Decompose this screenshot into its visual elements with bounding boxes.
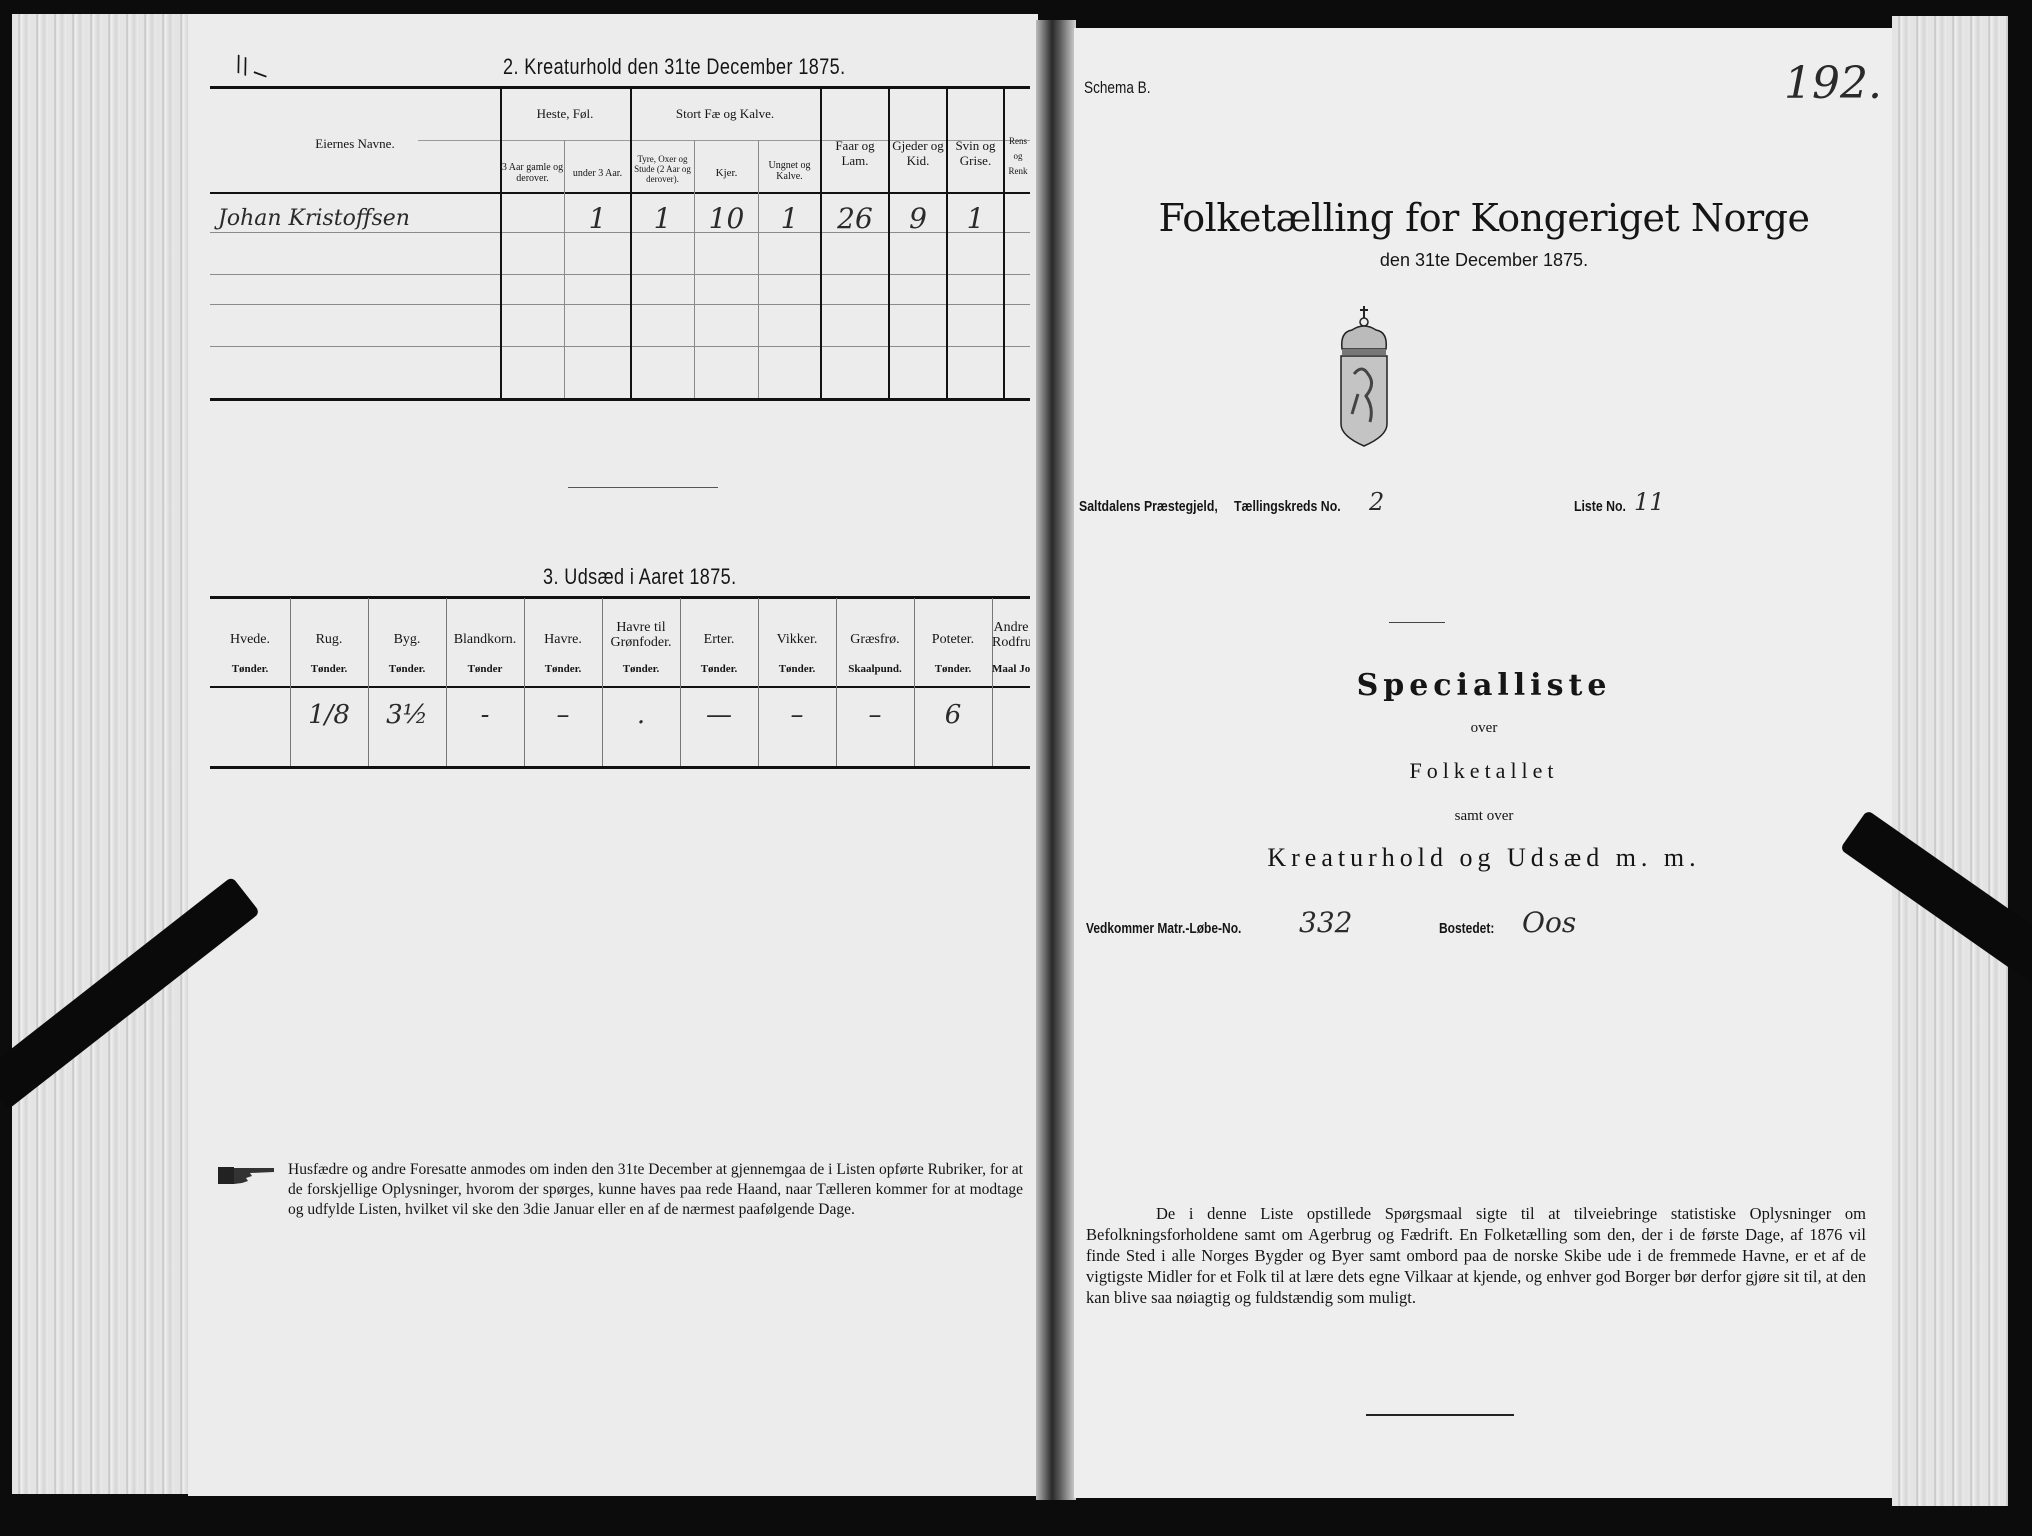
corner-marks: \\ – [230, 49, 272, 89]
seed-value: 3½ [368, 700, 446, 730]
col-gjeder: Gjeder og Kid. [890, 138, 946, 168]
schema-label: Schema B. [1084, 78, 1151, 98]
table2-header-rule [210, 192, 1030, 194]
seed-value: - [446, 700, 524, 730]
kreds-value: 2 [1369, 488, 1384, 516]
val-heste-under3: 1 [565, 202, 630, 235]
liste-label: Liste No. [1574, 498, 1626, 515]
seed-value: 6 [914, 700, 992, 730]
val-svin: 1 [948, 202, 1003, 235]
seed-col-unit: Tønder. [680, 662, 758, 677]
matr-label: Vedkommer Matr.-Løbe-No. [1086, 920, 1241, 937]
col-heste-under3: under 3 Aar. [565, 166, 630, 181]
notice-text: Husfædre og andre Foresatte anmodes om i… [288, 1160, 1023, 1220]
bosted-label: Bostedet: [1439, 920, 1494, 937]
table3-bottom-rule [210, 766, 1030, 769]
table2-bottom-rule [210, 398, 1030, 401]
seed-col-unit: Maal Jord dertil anvendt [992, 662, 1030, 677]
val-tyre: 1 [631, 202, 694, 235]
seed-col-unit: Tønder. [914, 662, 992, 677]
group-heste: Heste, Føl. [500, 106, 630, 121]
section3-title: 3. Udsæd i Aaret 1875. [543, 564, 737, 590]
left-page-stack [12, 14, 192, 1494]
main-title: Folketælling for Kongeriget Norge [1074, 196, 1894, 240]
col-heste-3aar: 3 Aar gamle og derover. [501, 162, 564, 184]
seed-col-header: Havre til Grønfoder. [602, 620, 680, 650]
seed-value: – [836, 700, 914, 730]
col-svin: Svin og Grise. [948, 138, 1003, 168]
seed-col-header: Rug. [290, 632, 368, 647]
parish-label: Saltdalens Præstegjeld, [1079, 498, 1218, 515]
table3-top-rule [210, 596, 1030, 599]
seed-col-header: Hvede. [210, 632, 290, 647]
subheading: Kreaturhold og Udsæd m. m. [1074, 843, 1894, 873]
table2-top-rule [210, 86, 1030, 89]
seed-col-unit: Tønder. [758, 662, 836, 677]
seed-value: — [680, 700, 758, 730]
seed-col-header: Blandkorn. [446, 632, 524, 647]
book-gutter [1036, 20, 1076, 1500]
seed-col-header: Poteter. [914, 632, 992, 647]
label-folketallet: Folketallet [1074, 758, 1894, 784]
right-page-stack [1892, 16, 2008, 1506]
val-faar: 26 [822, 202, 888, 235]
seed-col-unit: Skaalpund. [836, 662, 914, 677]
val-gjeder: 9 [890, 202, 946, 235]
seed-col-unit: Tønder [446, 662, 524, 677]
pointing-hand-icon [218, 1164, 276, 1186]
label-over: over [1074, 720, 1894, 737]
seed-col-header: Vikker. [758, 632, 836, 647]
seed-col-header: Havre. [524, 632, 602, 647]
seed-col-unit: Tønder. [210, 662, 290, 677]
col-kjer: Kjer. [695, 166, 758, 181]
seed-col-header: Byg. [368, 632, 446, 647]
seed-col-unit: Tønder. [524, 662, 602, 677]
seed-col-unit: Tønder. [368, 662, 446, 677]
page-number: 192. [1784, 58, 1882, 109]
matr-value: 332 [1299, 906, 1352, 939]
left-page: \\ – 2. Kreaturhold den 31te December 18… [188, 14, 1038, 1496]
seed-value: . [602, 700, 680, 730]
group-stort-fae: Stort Fæ og Kalve. [630, 106, 820, 121]
intro-paragraph: De i denne Liste opstillede Spørgsmaal s… [1086, 1203, 1866, 1308]
section2-title: 2. Kreaturhold den 31te December 1875. [503, 54, 846, 80]
seed-col-unit: Tønder. [290, 662, 368, 677]
col-rensdyr: Rens og Renk [1005, 134, 1031, 179]
seed-col-header: Andre Rodfrugter. [992, 620, 1030, 650]
main-date: den 31te December 1875. [1074, 250, 1894, 271]
seed-value: – [758, 700, 836, 730]
seed-value: 1/8 [290, 700, 368, 730]
val-kjer: 10 [695, 202, 758, 235]
coat-of-arms-icon [1336, 304, 1392, 449]
seed-value: – [524, 700, 602, 730]
owner-name: Johan Kristoffsen [218, 206, 410, 231]
label-samt-over: samt over [1074, 808, 1894, 825]
kreds-label: Tællingskreds No. [1234, 498, 1341, 515]
col-tyre: Tyre, Oxer og Stude (2 Aar og derover). [631, 154, 694, 184]
heading-specialliste: Specialliste [1074, 668, 1894, 703]
col-faar: Faar og Lam. [822, 138, 888, 168]
right-page: Schema B. 192. Folketælling for Kongerig… [1074, 28, 1894, 1498]
seed-col-unit: Tønder. [602, 662, 680, 677]
table3-header-rule [210, 686, 1030, 688]
col-ungnet: Ungnet og Kalve. [759, 160, 820, 182]
bosted-value: Oos [1522, 906, 1576, 939]
liste-value: 11 [1634, 488, 1665, 516]
owner-header: Eiernes Navne. [210, 136, 500, 151]
val-ungnet: 1 [759, 202, 820, 235]
seed-col-header: Græsfrø. [836, 632, 914, 647]
seed-col-header: Erter. [680, 632, 758, 647]
